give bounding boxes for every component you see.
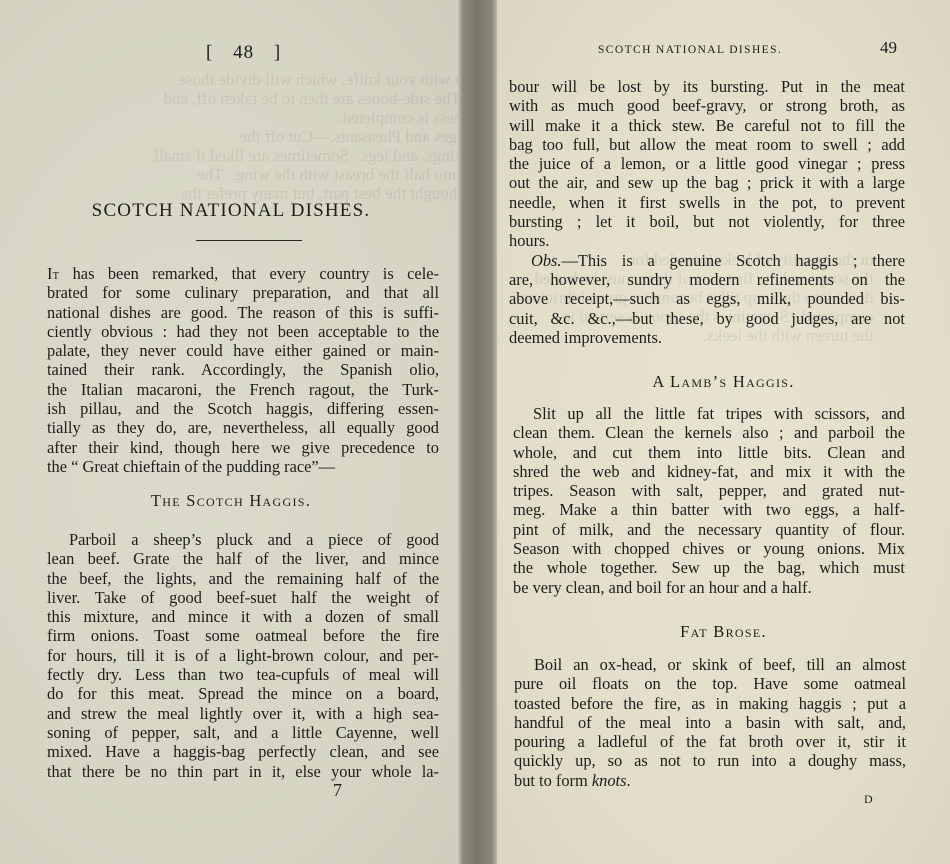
intro-paragraph: It has been remarked, that every country…: [47, 264, 439, 476]
text-line: bursting ; let it boil, but not violentl…: [509, 212, 905, 231]
page-folio: [ 48 ]: [206, 42, 281, 64]
text-line: meg. Make a thin batter with two eggs, a…: [513, 500, 905, 519]
text-line: liver. Take of good beef-suet half the w…: [47, 588, 439, 607]
text-line: do for this meat. Spread the mince on a …: [47, 684, 439, 703]
text-line: deemed improvements.: [509, 328, 905, 347]
text-line: the whole together. Sew up the bag, whic…: [513, 558, 905, 577]
section-heading-scotch-haggis: The Scotch Haggis.: [0, 491, 462, 511]
text-line: Boil an ox-head, or skink of beef, till …: [514, 655, 906, 674]
text-line: after their kind, though here we give pr…: [47, 438, 439, 457]
text-line: mixed. Have a haggis-bag perfectly clean…: [47, 742, 439, 761]
text-line: the juice of a lemon, or a little good v…: [509, 154, 905, 173]
text-line: that there be no thin part in it, else y…: [47, 762, 439, 781]
text-line: but to form knots.: [514, 771, 906, 790]
italic-word: knots: [592, 771, 627, 790]
text-line: quickly up, so as not to run into a doug…: [514, 751, 906, 770]
running-head: SCOTCH NATIONAL DISHES.: [598, 44, 782, 56]
text-line: the beef, the lights, and the remaining …: [47, 569, 439, 588]
text-line: ciently obvious : had they not been acce…: [47, 322, 439, 341]
left-page: the rump with your knife, which will div…: [0, 0, 462, 864]
text-line: out the air, and sew up the bag ; prick …: [509, 173, 905, 192]
title-rule: [196, 240, 302, 241]
text-line: for hours, till it is of a light-brown c…: [47, 646, 439, 665]
text-line: It has been remarked, that every country…: [47, 264, 439, 283]
text-line: cuit, &c. &c.,—but these, by good judges…: [509, 309, 905, 328]
text-line: Season with chopped chives or young onio…: [513, 539, 905, 558]
section-heading-lambs-haggis: A Lamb’s Haggis.: [497, 372, 950, 392]
section-heading-fat-brose: Fat Brose.: [497, 622, 950, 642]
text-line: this mixture, and mince it with a dozen …: [47, 607, 439, 626]
text-line: palate, they never could have either gai…: [47, 341, 439, 360]
text-line: pint of milk, and the necessary quantity…: [513, 520, 905, 539]
text-line: ish pillau, and the Scotch haggis, diffe…: [47, 399, 439, 418]
text-line: and strew the meal lightly over it, with…: [47, 704, 439, 723]
text-line: national dishes are good. The reason of …: [47, 303, 439, 322]
text-line: firm onions. Toast some oatmeal before t…: [47, 626, 439, 645]
brose-paragraph: Boil an ox-head, or skink of beef, till …: [514, 655, 906, 790]
lead-word: It: [47, 264, 59, 283]
text-line: Obs.—This is a genuine Scotch haggis ; t…: [509, 251, 905, 270]
text-line: the “ Great chieftain of the pudding rac…: [47, 457, 439, 476]
text-line: with as much good beef-gravy, or strong …: [509, 96, 905, 115]
signature-mark: 7: [333, 780, 342, 801]
obs-label: Obs.: [531, 251, 562, 270]
text-line: Slit up all the little fat tripes with s…: [513, 404, 905, 423]
text-line: hours.: [509, 231, 905, 250]
signature-mark-d: D: [864, 792, 873, 807]
text-line: will make it a thick stew. Be careful no…: [509, 116, 905, 135]
chapter-title: SCOTCH NATIONAL DISHES.: [0, 200, 462, 222]
text-line: Parboil a sheep’s pluck and a piece of g…: [47, 530, 439, 549]
text-line: are, however, sundry modern refinements …: [509, 270, 905, 289]
text-line: tially as they do, are, nevertheless, al…: [47, 418, 439, 437]
text-line: tripes. Season with salt, pepper, and gr…: [513, 481, 905, 500]
continuation-paragraph: bour will be lost by its bursting. Put i…: [509, 77, 905, 347]
text-line: needle, when it first swells in the pot,…: [509, 193, 905, 212]
text-line: above receipt,—such as eggs, milk, pound…: [509, 289, 905, 308]
text-line: be very clean, and boil for an hour and …: [513, 578, 905, 597]
text-line: fectly dry. Less than two tea-cupfuls of…: [47, 665, 439, 684]
text-line: whole, and cut them into little bits. Cl…: [513, 443, 905, 462]
text-line: pouring a ladleful of the fat broth over…: [514, 732, 906, 751]
text-line: brated for some culinary preparation, an…: [47, 283, 439, 302]
text-line: toasted before the fire, as in making ha…: [514, 694, 906, 713]
text-line: lean beef. Grate the half of the liver, …: [47, 549, 439, 568]
haggis-paragraph: Parboil a sheep’s pluck and a piece of g…: [47, 530, 439, 781]
text-line: shred the web and kidney-fat, and mix it…: [513, 462, 905, 481]
text-line: handful of the meal into a basin with sa…: [514, 713, 906, 732]
page-number: 49: [880, 38, 897, 58]
text-line: tained their rank. Accordingly, the Span…: [47, 360, 439, 379]
lamb-paragraph: Slit up all the little fat tripes with s…: [513, 404, 905, 597]
text-line: the Italian macaroni, the French ragout,…: [47, 380, 439, 399]
text-line: pure oil floats on the top. Have some oa…: [514, 674, 906, 693]
text-line: bag too full, but allow the meat room to…: [509, 135, 905, 154]
text-line: bour will be lost by its bursting. Put i…: [509, 77, 905, 96]
text-line: clean them. Clean the kernels also ; and…: [513, 423, 905, 442]
text-line: soning of pepper, salt, and a little Cay…: [47, 723, 439, 742]
book-spine-gutter: [458, 0, 498, 864]
